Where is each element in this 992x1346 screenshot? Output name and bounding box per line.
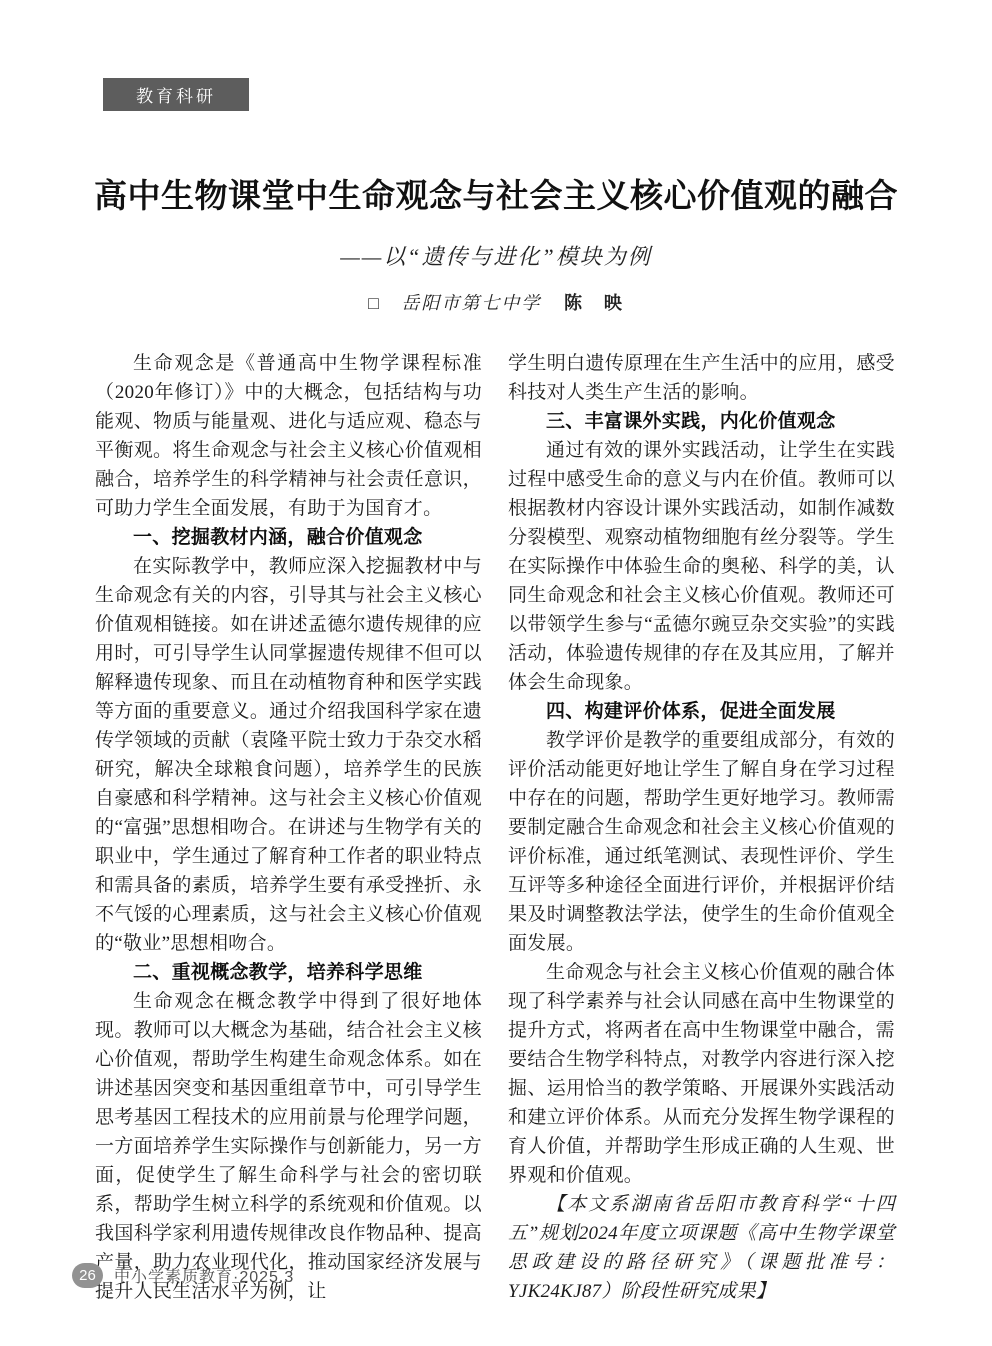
conclusion-paragraph: 生命观念与社会主义核心价值观的融合体现了科学素养与社会认同感在高中生物课堂的提升… (508, 958, 895, 1190)
intro-paragraph: 生命观念是《普通高中生物学课程标准（2020年修订）》中的大概念，包括结构与功能… (95, 349, 482, 523)
page-footer: 26 中小学素质教育·2025.3 (72, 1263, 294, 1288)
section-heading-1: 一、挖掘教材内涵，融合价值观念 (95, 523, 482, 552)
section-2-paragraph-continued: 学生明白遗传原理在生产生活中的应用，感受科技对人类生产生活的影响。 (508, 349, 895, 407)
title-block: 高中生物课堂中生命观念与社会主义核心价值观的融合 ——以“遗传与进化”模块为例 … (0, 0, 992, 315)
article-subtitle: ——以“遗传与进化”模块为例 (0, 240, 992, 271)
author-name: 陈 映 (564, 293, 624, 313)
author-affiliation: 岳阳市第七中学 (401, 293, 541, 313)
author-line: □ 岳阳市第七中学 陈 映 (0, 289, 992, 315)
author-marker-square-icon: □ (368, 293, 381, 313)
page-number-badge: 26 (72, 1263, 103, 1288)
section-4-paragraph: 教学评价是教学的重要组成部分，有效的评价活动能更好地让学生了解自身在学习过程中存… (508, 726, 895, 958)
section-heading-2: 二、重视概念教学，培养科学思维 (95, 958, 482, 987)
funding-footnote: 【本文系湖南省岳阳市教育科学“十四五”规划2024年度立项课题《高中生物学课堂思… (508, 1190, 895, 1306)
section-1-paragraph: 在实际教学中，教师应深入挖掘教材中与生命观念有关的内容，引导其与社会主义核心价值… (95, 552, 482, 958)
journal-name: 中小学素质教育·2025.3 (114, 1264, 294, 1287)
left-column: 生命观念是《普通高中生物学课程标准（2020年修订）》中的大概念，包括结构与功能… (95, 349, 482, 1306)
article-body: 生命观念是《普通高中生物学课程标准（2020年修订）》中的大概念，包括结构与功能… (0, 349, 992, 1306)
right-column: 学生明白遗传原理在生产生活中的应用，感受科技对人类生产生活的影响。 三、丰富课外… (508, 349, 895, 1306)
article-title: 高中生物课堂中生命观念与社会主义核心价值观的融合 (0, 175, 992, 216)
section-heading-3: 三、丰富课外实践，内化价值观念 (508, 407, 895, 436)
category-tag-label: 教育科研 (136, 82, 216, 107)
section-heading-4: 四、构建评价体系，促进全面发展 (508, 697, 895, 726)
section-2-paragraph: 生命观念在概念教学中得到了很好地体现。教师可以大概念为基础，结合社会主义核心价值… (95, 987, 482, 1306)
section-3-paragraph: 通过有效的课外实践活动，让学生在实践过程中感受生命的意义与内在价值。教师可以根据… (508, 436, 895, 697)
category-tag: 教育科研 (103, 78, 249, 111)
journal-page: 教育科研 高中生物课堂中生命观念与社会主义核心价值观的融合 ——以“遗传与进化”… (0, 0, 992, 1346)
